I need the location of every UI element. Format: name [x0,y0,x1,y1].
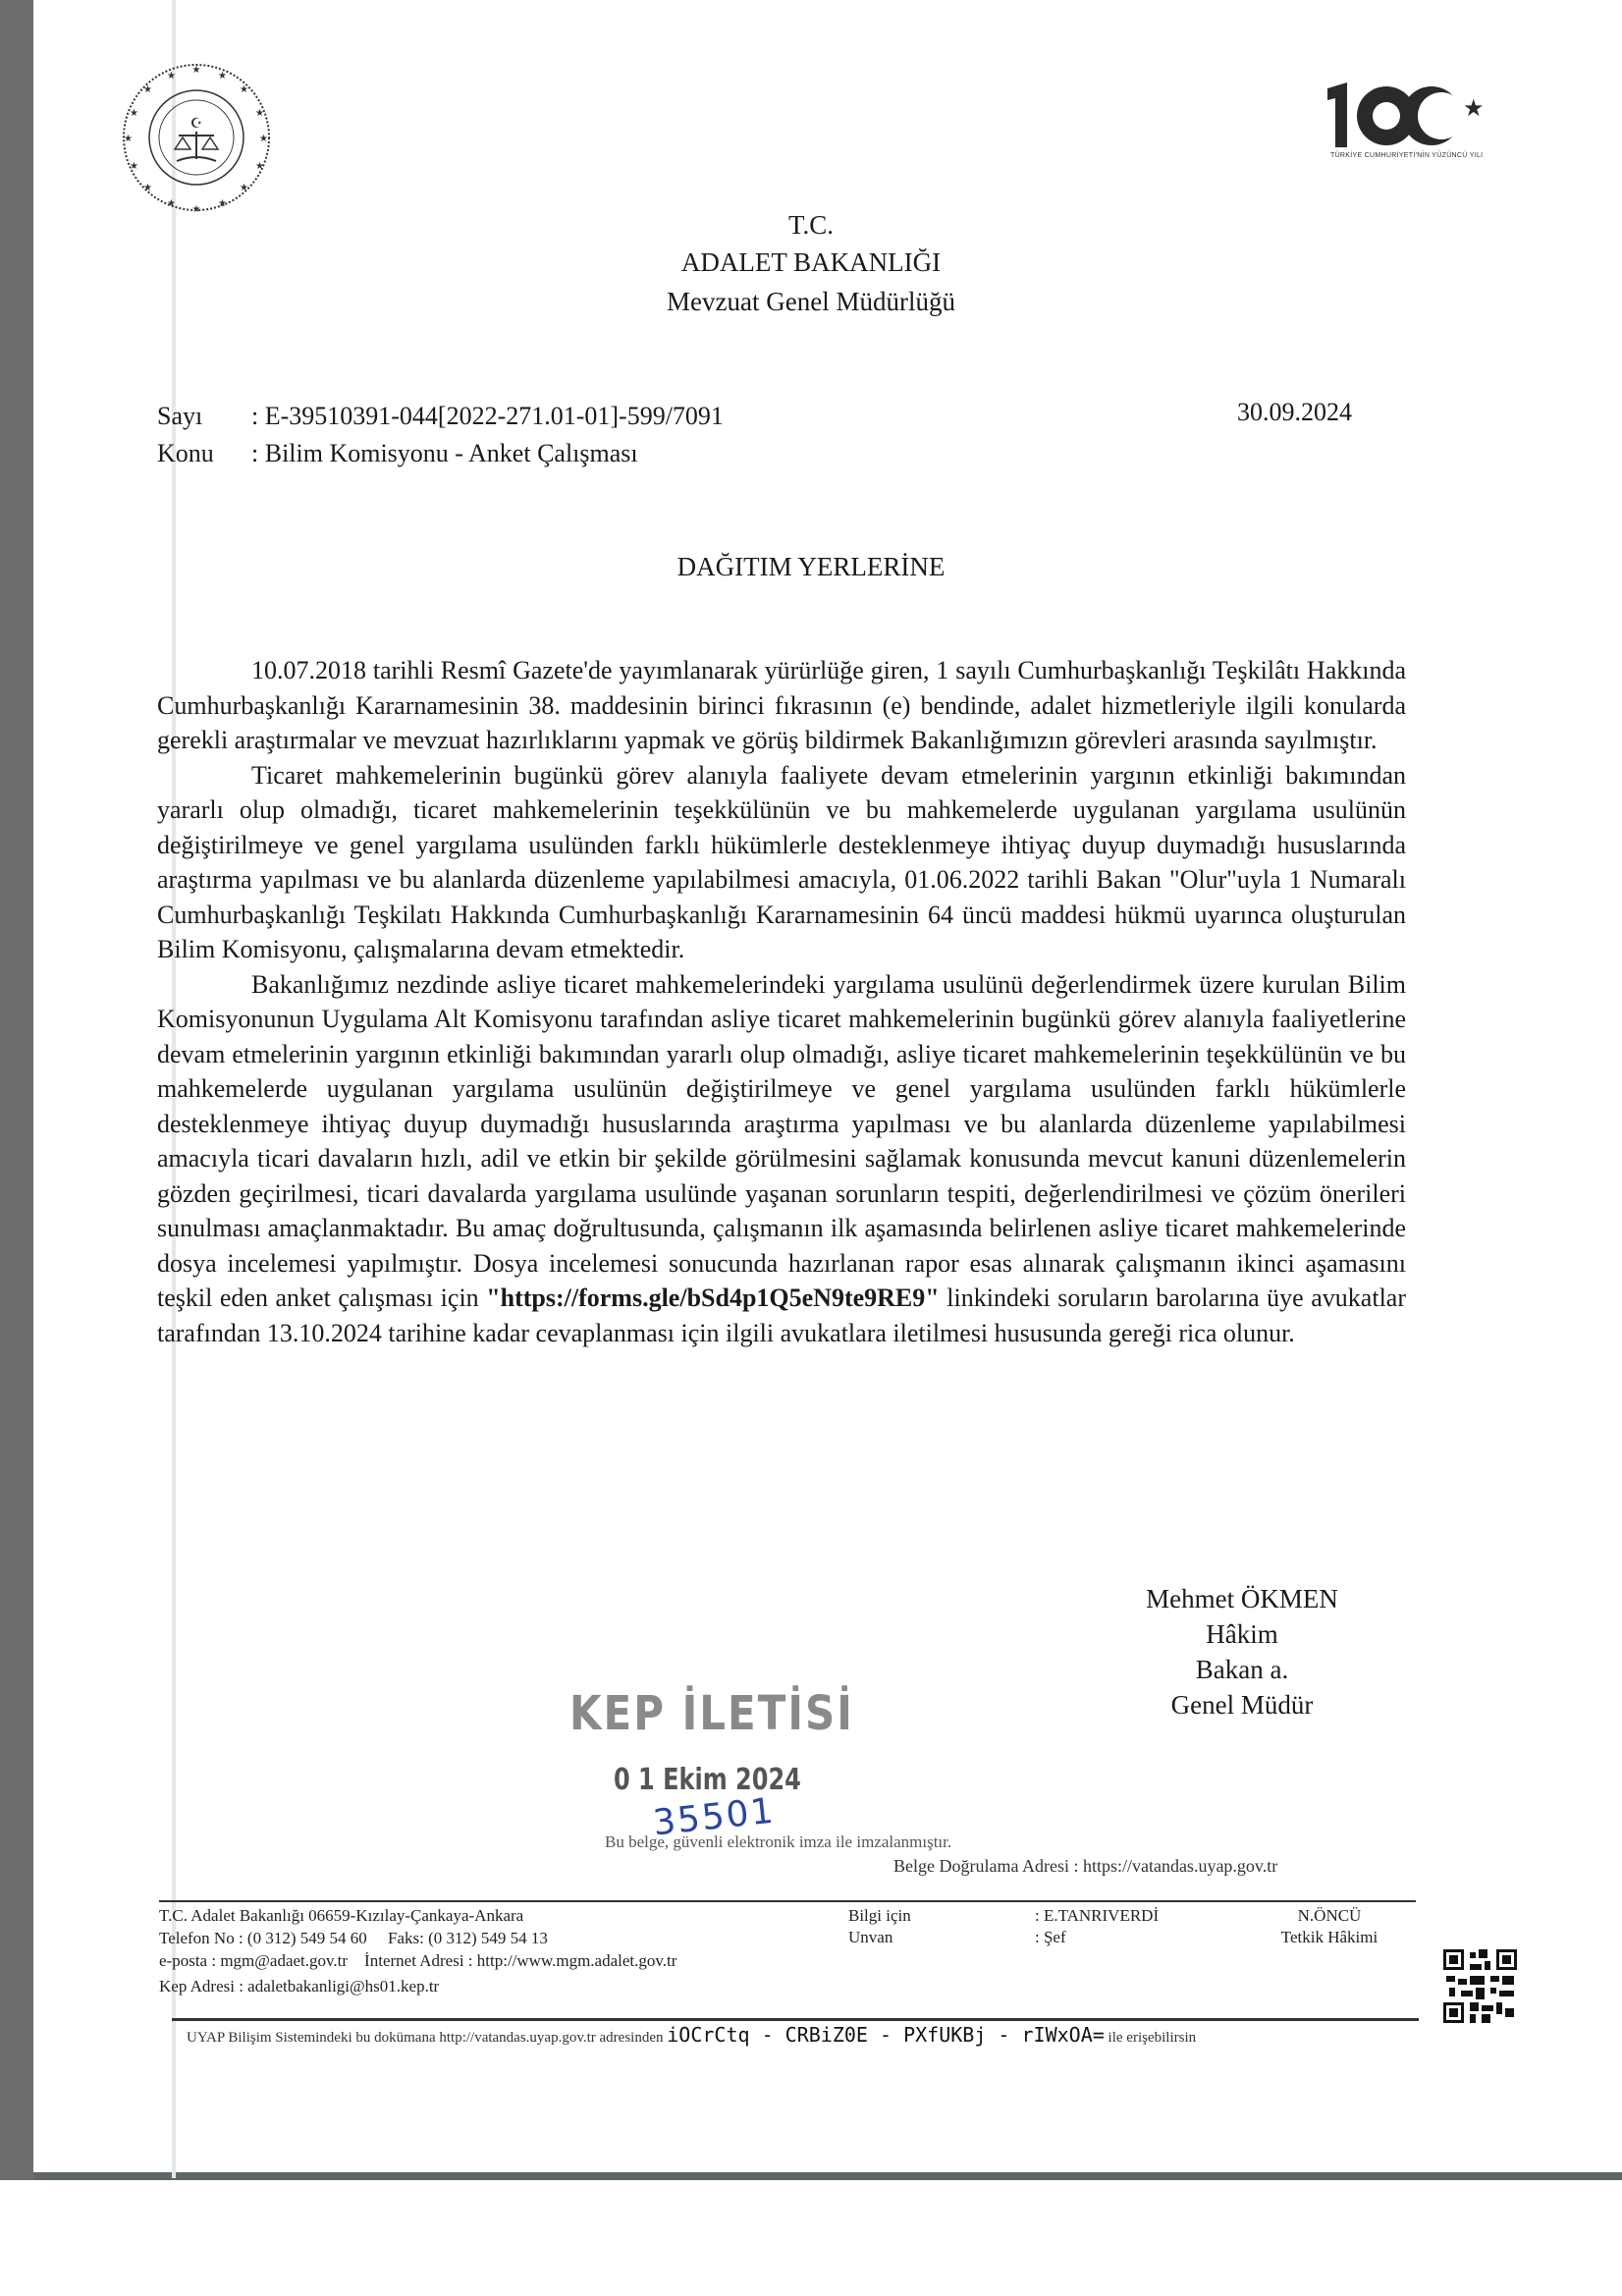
svg-text:★: ★ [218,71,227,82]
header-tc: T.C. [0,206,1622,244]
svg-text:★: ★ [259,134,268,144]
uyap-code: iOCrCtq - CRBiZ0E - PXfUKBj - rIWxOA= [667,2023,1105,2047]
footer-email-web: e-posta : mgm@adaet.gov.tr İnternet Adre… [159,1950,676,1972]
uyap-prefix: UYAP Bilişim Sistemindeki bu dokümana ht… [187,2030,664,2046]
svg-text:★: ★ [143,183,152,193]
signer-title-3: Genel Müdür [1080,1687,1404,1722]
signer-title-1: Hâkim [1080,1616,1404,1652]
paragraph-1: 10.07.2018 tarihli Resmî Gazete'de yayım… [157,653,1406,758]
footer-address: T.C. Adalet Bakanlığı 06659-Kızılay-Çank… [159,1905,676,1927]
unvan-label: Unvan [848,1927,1035,1948]
svg-text:★: ★ [143,84,152,95]
paragraph-2: Ticaret mahkemelerinin bugünkü görev ala… [157,758,1406,967]
unvan-value-2: Tetkik Hâkimi [1256,1927,1403,1948]
qr-code-icon [1443,1949,1517,2023]
konu-row: Konu: Bilim Komisyonu - Anket Çalışması [157,435,638,472]
signer-title-2: Bakan a. [1080,1652,1404,1687]
paragraph-3: Bakanlığımız nezdinde asliye ticaret mah… [157,967,1406,1351]
svg-text:★: ★ [240,183,248,193]
svg-text:★: ★ [192,65,201,76]
letter-body: 10.07.2018 tarihli Resmî Gazete'de yayım… [157,653,1406,1350]
scan-bottom-edge [33,2172,1622,2180]
svg-text:★: ★ [167,71,176,82]
kep-stamp: KEP İLETİSİ [569,1685,854,1740]
footer-kep: Kep Adresi : adaletbakanligi@hs01.kep.tr [159,1976,676,1997]
document-date: 30.09.2024 [1237,398,1352,427]
survey-link[interactable]: "https://forms.gle/bSd4p1Q5eN9te9RE9" [486,1284,940,1312]
sayi-row: Sayı: E-39510391-044[2022-271.01-01]-599… [157,398,724,435]
svg-text:☪: ☪ [190,117,203,132]
anniversary-caption: TÜRKİYE CUMHURİYETİ'NİN YÜZÜNCÜ YILI [1330,152,1517,159]
uyap-suffix: ile erişebilirsin [1108,2030,1197,2046]
scan-left-edge [0,0,33,2180]
ministry-seal-icon: ★ ★ ★ ★ ★ ★ ★ ★ ★ ★ ★ ★ ★ ★ ★ ★ ☪ [118,59,275,216]
svg-text:★: ★ [124,134,133,144]
footer-info: Bilgi için : E.TANRIVERDİ N.ÖNCÜ Unvan :… [848,1905,1403,1948]
bilgi-label: Bilgi için [848,1905,1035,1927]
svg-text:★: ★ [1463,94,1485,122]
unvan-value: : Şef [1035,1927,1256,1948]
signer-name: Mehmet ÖKMEN [1080,1581,1404,1616]
signature-block: Mehmet ÖKMEN Hâkim Bakan a. Genel Müdür [1080,1581,1404,1722]
footer-phone: Telefon No : (0 312) 549 54 60 Faks: (0 … [159,1928,676,1949]
svg-text:★: ★ [255,108,264,119]
footer-divider [159,1900,1416,1902]
svg-text:★: ★ [255,161,264,172]
konu-label: Konu [157,435,251,472]
footer-contact: T.C. Adalet Bakanlığı 06659-Kızılay-Çank… [159,1905,676,1998]
sayi-label: Sayı [157,398,251,435]
uyap-access-line: UYAP Bilişim Sistemindeki bu dokümana ht… [187,2023,1196,2047]
bilgi-value-2: N.ÖNCÜ [1256,1905,1403,1927]
bilgi-value: : E.TANRIVERDİ [1035,1905,1256,1927]
konu-value: : Bilim Komisyonu - Anket Çalışması [251,439,638,467]
svg-text:★: ★ [130,108,138,119]
sayi-value: : E-39510391-044[2022-271.01-01]-599/709… [251,402,724,430]
esign-note: Bu belge, güvenli elektronik imza ile im… [605,1832,951,1852]
verification-address: Belge Doğrulama Adresi : https://vatanda… [893,1856,1277,1877]
header-directorate: Mevzuat Genel Müdürlüğü [0,283,1622,320]
paragraph-3-text: Bakanlığımız nezdinde asliye ticaret mah… [157,970,1406,1313]
uyap-divider [172,2018,1419,2021]
svg-text:★: ★ [240,84,248,95]
recipient-heading: DAĞITIM YERLERİNE [0,552,1622,582]
svg-text:★: ★ [130,161,138,172]
header-ministry: ADALET BAKANLIĞI [0,244,1622,281]
